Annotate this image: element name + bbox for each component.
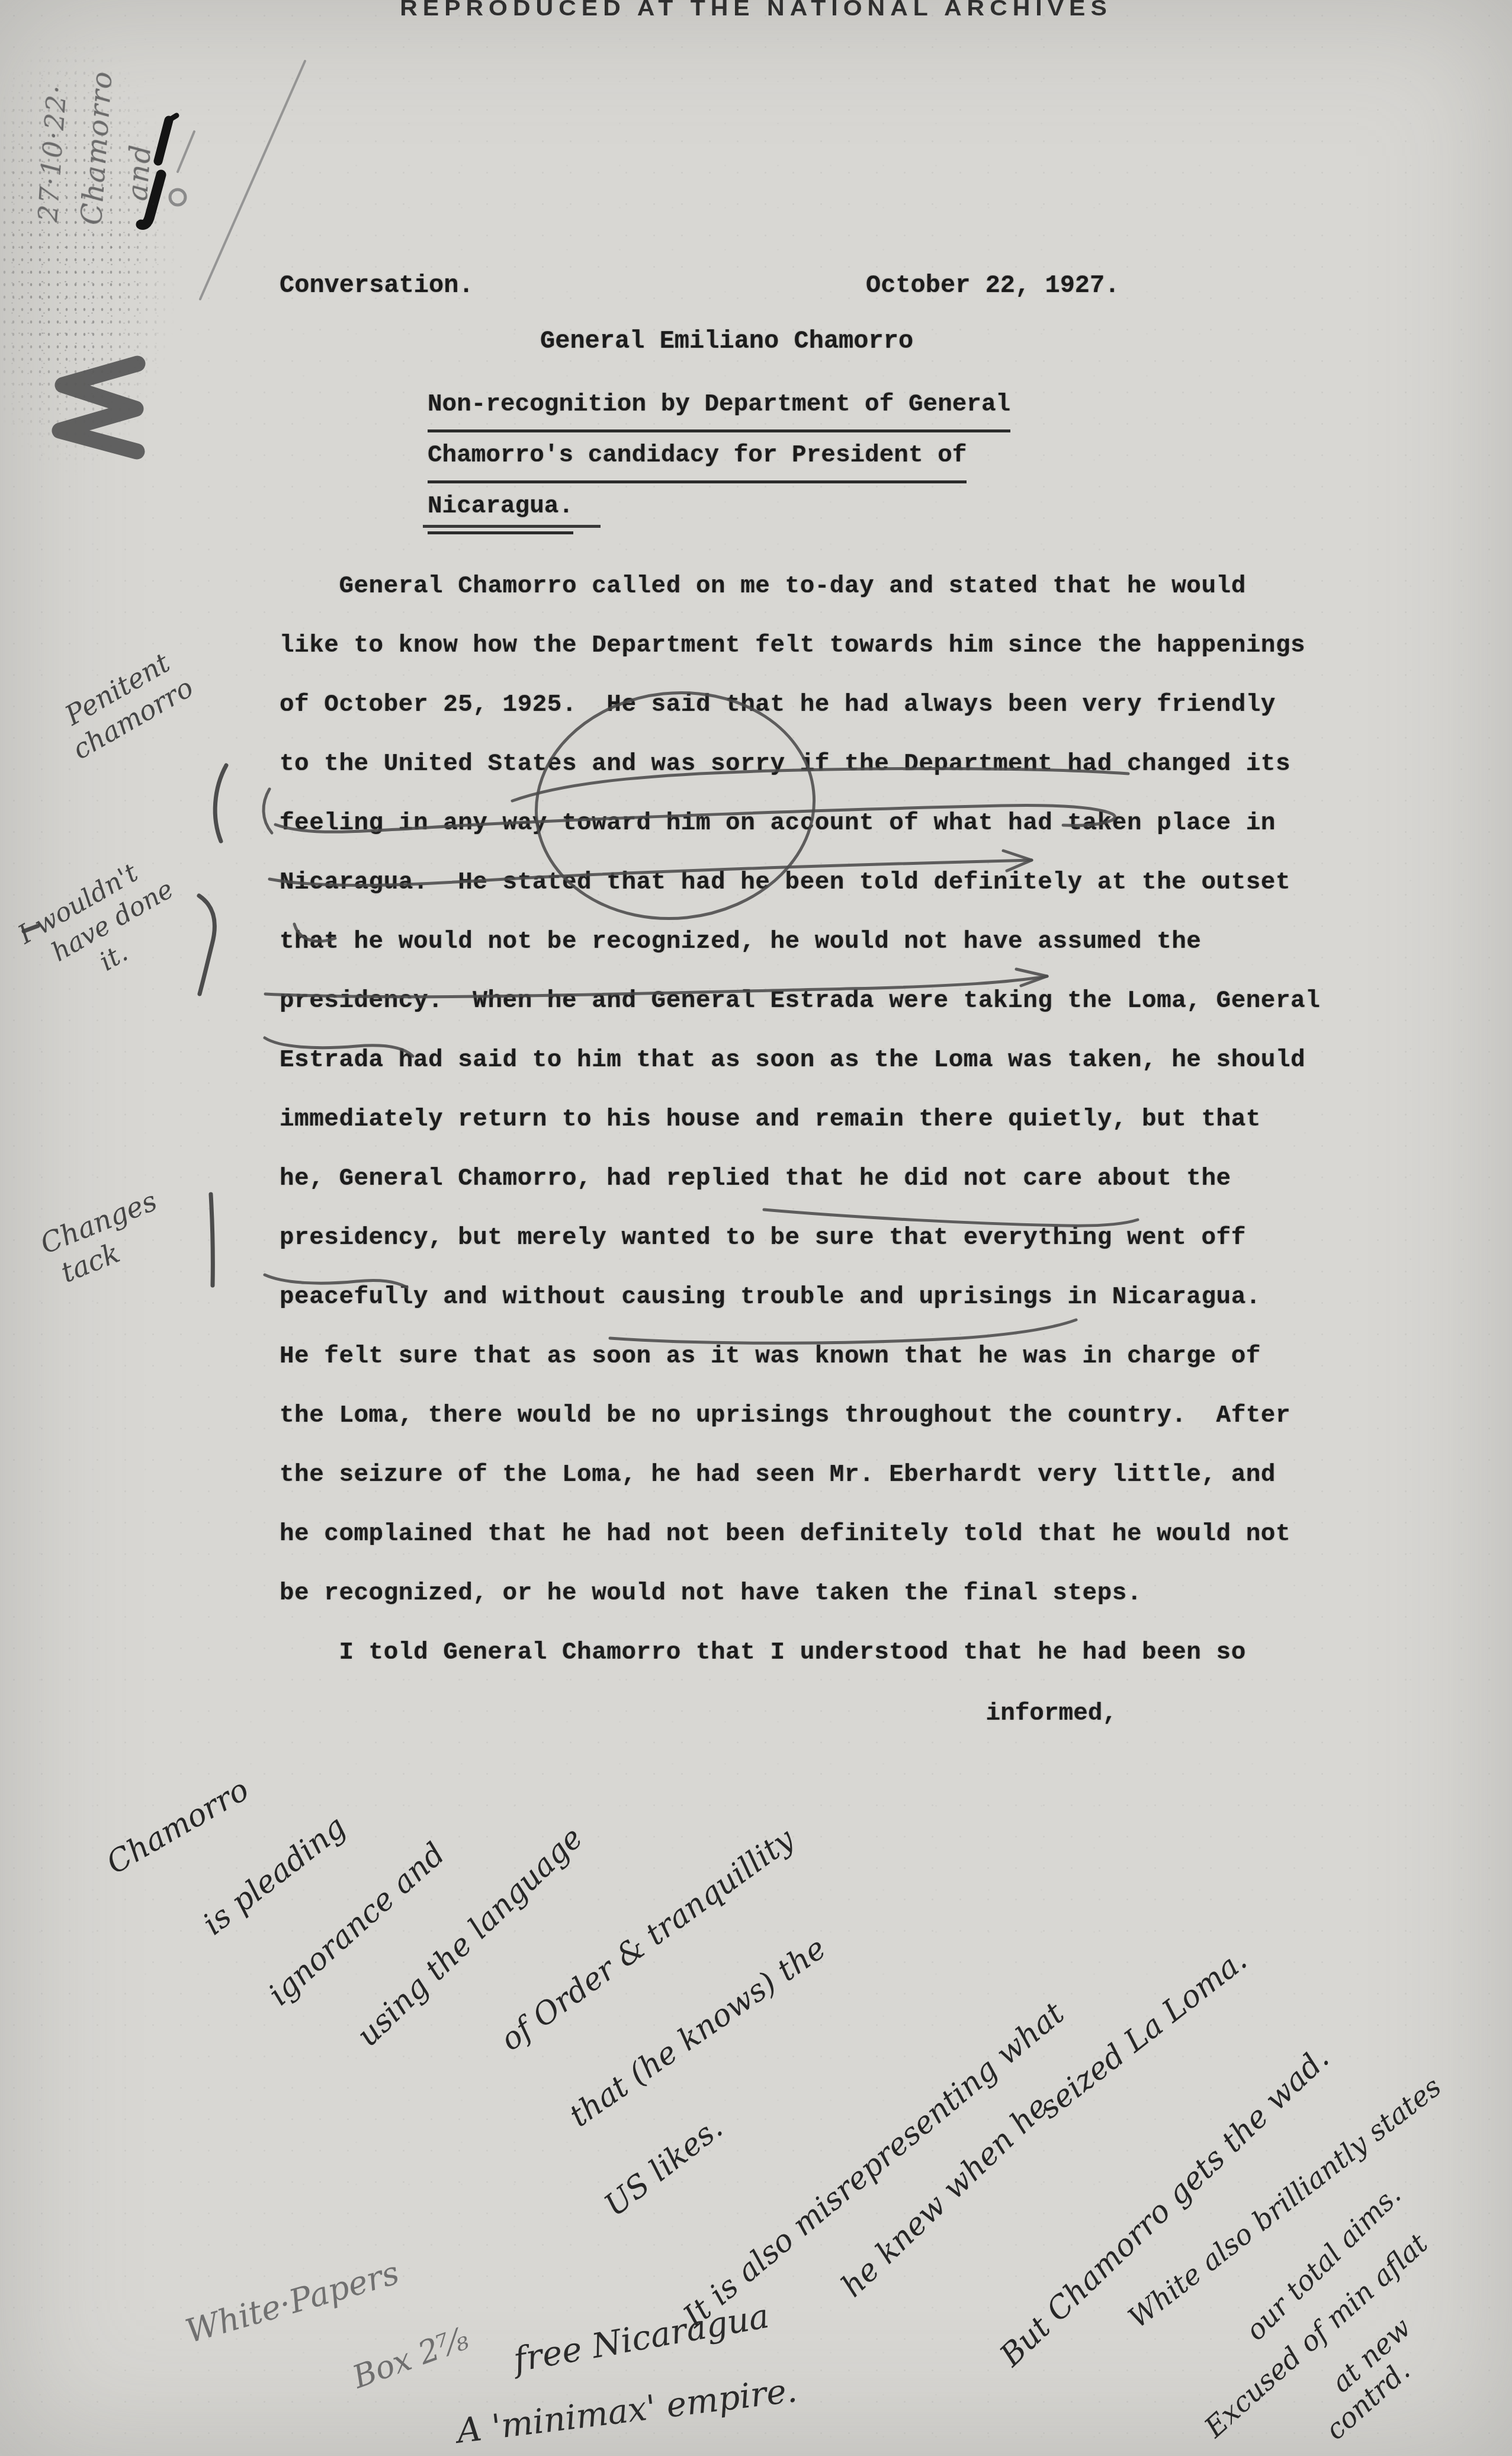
body-line: I told General Chamorro that I understoo…: [280, 1623, 1320, 1682]
pencil-paren-margin: [215, 765, 226, 841]
body-line: feeling in any way toward him on account…: [280, 794, 1320, 853]
body-line: the seizure of the Loma, he had seen Mr.…: [280, 1445, 1320, 1505]
note-free-nicaragua: free Nicaragua: [511, 2297, 772, 2380]
body-line: to the United States and was sorry if th…: [280, 735, 1320, 794]
body-line: General Chamorro called on me to-day and…: [280, 557, 1320, 616]
pencil-vertical-changes: [211, 1194, 213, 1285]
note-white-papers: White·Papers: [181, 2253, 403, 2351]
body-line: that he would not be recognized, he woul…: [280, 912, 1320, 972]
note-is-pleading: is pleading: [197, 1809, 353, 1942]
doc-type-label: Conversation.: [280, 271, 474, 300]
body-line: Estrada had said to him that as soon as …: [280, 1031, 1320, 1090]
accession-stamp: 27·10·22· Chamorro and: [26, 66, 168, 229]
body-line: immediately return to his house and rema…: [280, 1090, 1320, 1149]
subject-line-1: Non-recognition by Department of General: [428, 381, 1010, 432]
note-box: Box 2⅞: [348, 2321, 473, 2396]
body-line: presidency. When he and General Estrada …: [280, 972, 1320, 1031]
note-seized: seized La Loma.: [1033, 1942, 1254, 2126]
subject-line-2: Chamorro's candidacy for President of: [428, 432, 967, 483]
note-minimax: A 'minimax' empire.: [455, 2371, 799, 2451]
body-line: Nicaragua. He stated that had he been to…: [280, 853, 1320, 912]
archives-header: REPRODUCED AT THE NATIONAL ARCHIVES: [0, 0, 1512, 21]
subject-person: General Emiliano Chamorro: [540, 327, 913, 355]
body-line: be recognized, or he would not have take…: [280, 1564, 1320, 1623]
body-line: He felt sure that as soon as it was know…: [280, 1327, 1320, 1386]
body-line: the Loma, there would be no uprisings th…: [280, 1386, 1320, 1445]
doc-date: October 22, 1927.: [866, 271, 1119, 300]
carryover-word: informed,: [872, 1700, 1117, 1727]
pencil-paren-line4: [264, 789, 272, 833]
note-us-likes: US likes.: [598, 2110, 730, 2224]
margin-note-wouldnt: I wouldn't have done it.: [13, 846, 195, 1007]
body-line: peacefully and without causing trouble a…: [280, 1268, 1320, 1327]
stamp-word-2: and: [115, 72, 168, 202]
note-chamorro: Chamorro: [101, 1772, 255, 1881]
subject-extra-underline: [423, 525, 601, 528]
body-line: he complained that he had not been defin…: [280, 1505, 1320, 1564]
scanned-document-page: REPRODUCED AT THE NATIONAL ARCHIVES 27·1…: [0, 0, 1512, 2456]
margin-note-changes: Changes tack: [36, 1184, 175, 1294]
pencil-brace-wouldnt: [199, 896, 214, 994]
body-line: of October 25, 1925. He said that he had…: [280, 675, 1320, 735]
body-text: General Chamorro called on me to-day and…: [280, 557, 1320, 1682]
diagonal-slash-long: [200, 61, 305, 299]
body-line: he, General Chamorro, had replied that h…: [280, 1149, 1320, 1208]
body-line: presidency, but merely wanted to be sure…: [280, 1208, 1320, 1268]
body-line: like to know how the Department felt tow…: [280, 616, 1320, 675]
margin-note-penitent: Penitent chamorro: [59, 642, 199, 761]
subject-block: Non-recognition by Department of General…: [428, 381, 1010, 534]
